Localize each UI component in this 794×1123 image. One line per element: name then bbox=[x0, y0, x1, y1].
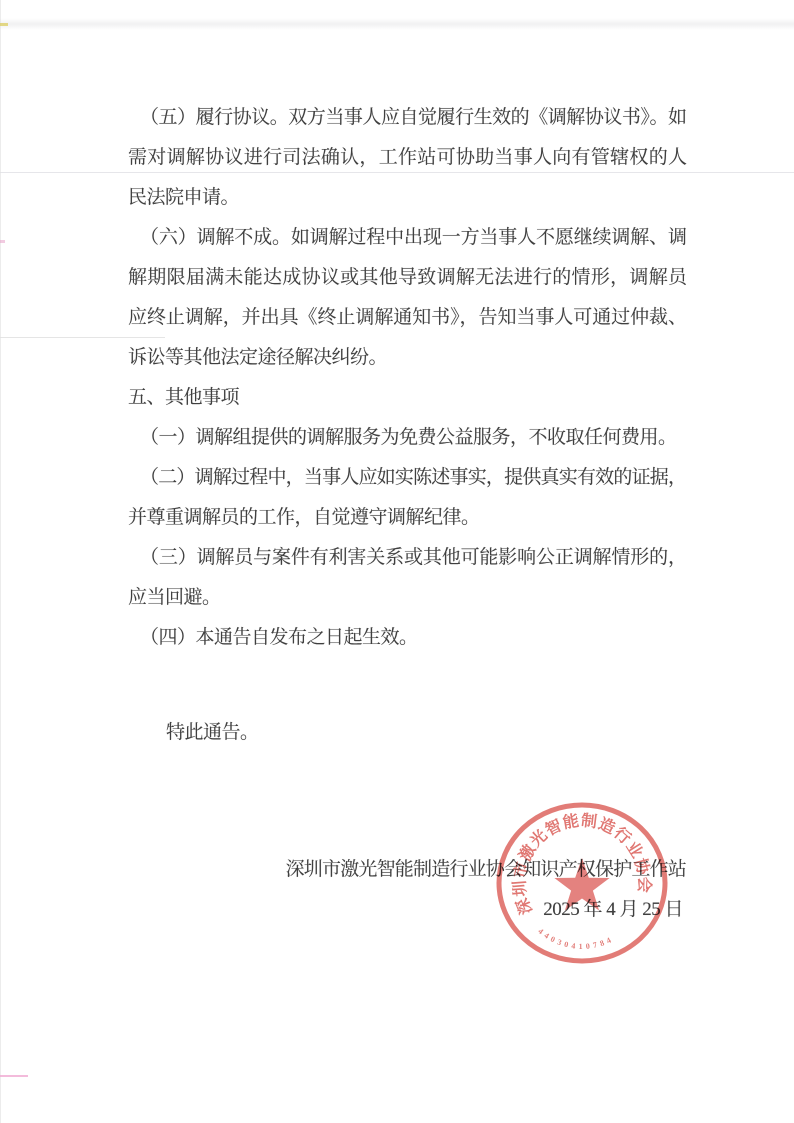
scan-artifact-tick bbox=[0, 23, 8, 26]
section-heading: 五、其他事项 bbox=[128, 378, 686, 418]
text-line: （一）调解组提供的调解服务为免费公益服务，不收取任何费用。 bbox=[128, 418, 686, 458]
text-line: （二）调解过程中，当事人应如实陈述事实，提供真实有效的证据， bbox=[128, 458, 686, 498]
text-line: 并尊重调解员的工作，自觉遵守调解纪律。 bbox=[128, 498, 686, 538]
text-line: （五）履行协议。双方当事人应自觉履行生效的《调解协议书》。如 bbox=[128, 98, 686, 138]
seal-code-text: 44030410784 bbox=[536, 927, 615, 951]
text-line: 解期限届满未能达成协议或其他导致调解无法进行的情形，调解员 bbox=[128, 258, 686, 298]
scan-artifact-tick bbox=[0, 1075, 28, 1077]
closing-phrase: 特此通告。 bbox=[128, 713, 686, 753]
text-line: （四）本通告自发布之日起生效。 bbox=[128, 618, 686, 658]
text-line: （六）调解不成。如调解过程中出现一方当事人不愿继续调解、调 bbox=[128, 218, 686, 258]
text-line: 诉讼等其他法定途径解决纠纷。 bbox=[128, 338, 686, 378]
seal-star-icon bbox=[554, 858, 609, 911]
scan-artifact-edge bbox=[0, 0, 1, 1123]
official-seal: 深圳市激光智能制造行业协会 44030410784 bbox=[496, 800, 668, 966]
scan-artifact-band bbox=[0, 18, 794, 30]
text-line: 应当回避。 bbox=[128, 578, 686, 618]
text-line: 应终止调解，并出具《终止调解通知书》，告知当事人可通过仲裁、 bbox=[128, 298, 686, 338]
text-line: 民法院申请。 bbox=[128, 178, 686, 218]
text-line: （三）调解员与案件有利害关系或其他可能影响公正调解情形的， bbox=[128, 538, 686, 578]
text-line: 需对调解协议进行司法确认，工作站可协助当事人向有管辖权的人 bbox=[128, 138, 686, 178]
scan-artifact-tick bbox=[0, 240, 5, 243]
seal-code-arc: 44030410784 bbox=[536, 927, 615, 951]
scanned-document-page: （五）履行协议。双方当事人应自觉履行生效的《调解协议书》。如 需对调解协议进行司… bbox=[0, 0, 794, 1123]
